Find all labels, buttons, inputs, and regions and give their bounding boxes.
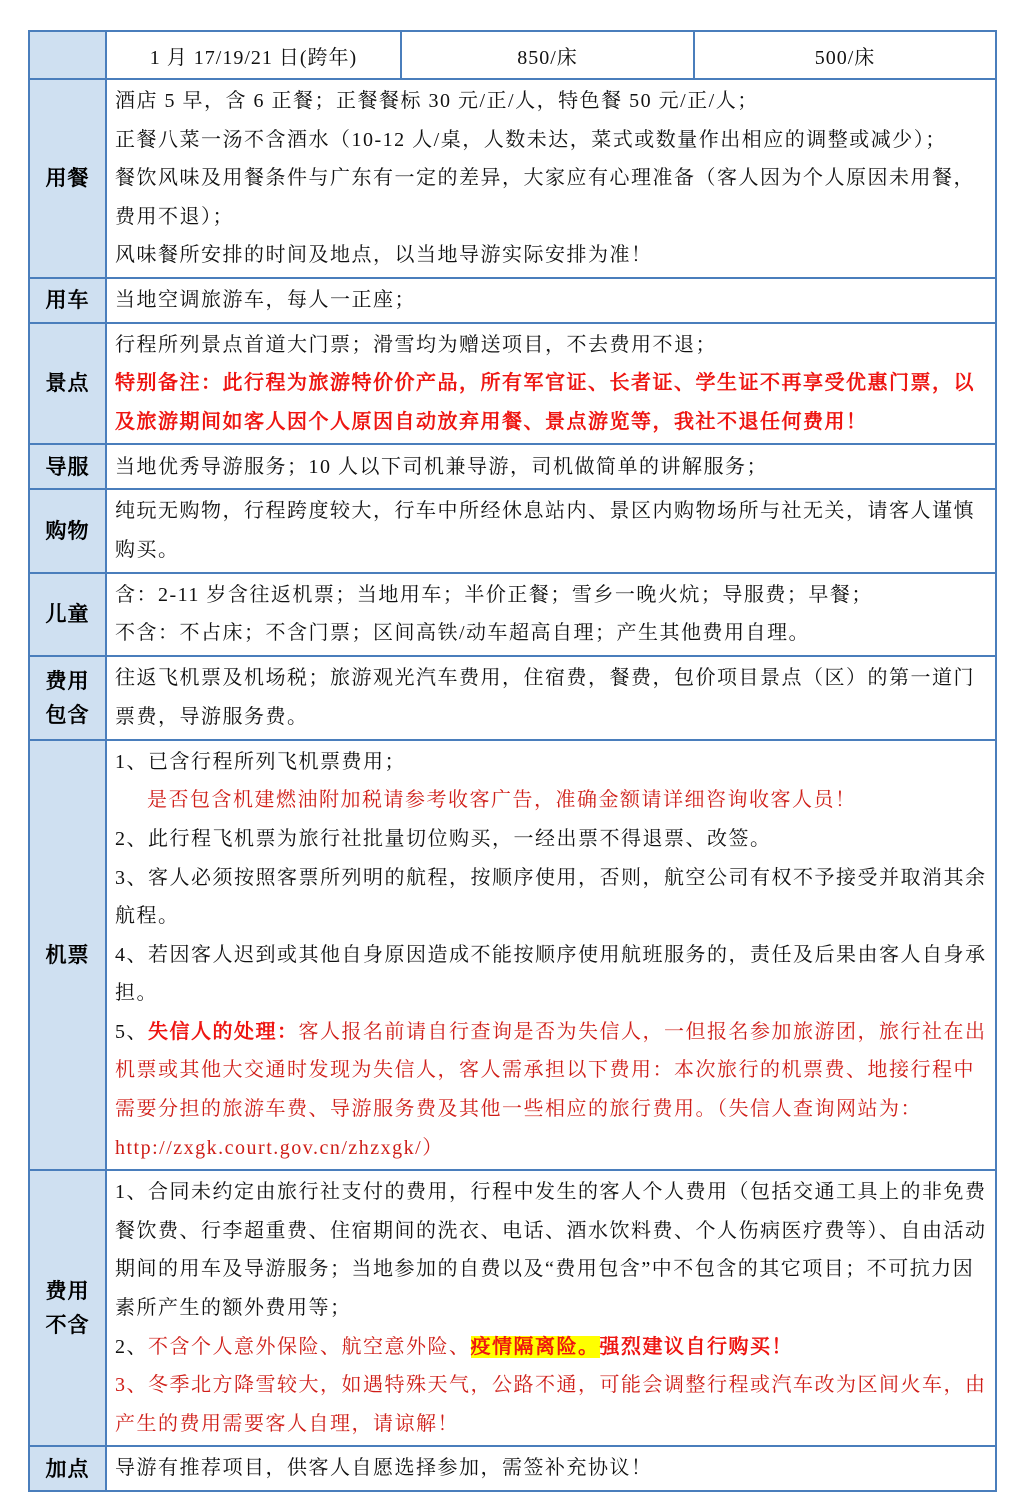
row-content: 行程所列景点首道大门票；滑雪均为赠送项目，不去费用不退；特别备注：此行程为旅游特… (106, 323, 996, 445)
row-paragraph: 当地空调旅游车，每人一正座； (115, 281, 987, 320)
row-label: 用餐 (29, 79, 106, 278)
row-paragraph: 不含：不占床；不含门票；区间高铁/动车超高自理；产生其他费用自理。 (115, 614, 987, 653)
row-content: 当地优秀导游服务；10 人以下司机兼导游，司机做简单的讲解服务； (106, 444, 996, 489)
row-label: 景点 (29, 323, 106, 445)
text-segment: 导游有推荐项目，供客人自愿选择参加，需签补充协议！ (115, 1457, 653, 1479)
text-segment: 是否包含机建燃油附加税请参考收客广告，准确金额请详细咨询收客人员！ (147, 789, 857, 811)
row-label: 机票 (29, 740, 106, 1171)
row-paragraph: 2、此行程飞机票为旅行社批量切位购买，一经出票不得退票、改签。 (115, 820, 987, 859)
text-segment: 3、客人必须按照客票所列明的航程，按顺序使用，否则，航空公司有权不予接受并取消其… (115, 867, 987, 928)
text-segment: 1、已含行程所列飞机票费用； (115, 751, 406, 773)
table-row: 导服当地优秀导游服务；10 人以下司机兼导游，司机做简单的讲解服务； (29, 444, 996, 489)
table-row: 儿童含：2-11 岁含往返机票；当地用车；半价正餐；雪乡一晚火炕；导服费；早餐；… (29, 573, 996, 656)
row-content: 往返飞机票及机场税；旅游观光汽车费用，住宿费，餐费，包价项目景点（区）的第一道门… (106, 656, 996, 740)
table-row: 购物纯玩无购物，行程跨度较大，行车中所经休息站内、景区内购物场所与社无关，请客人… (29, 489, 996, 572)
row-paragraph: 风味餐所安排的时间及地点，以当地导游实际安排为准！ (115, 236, 987, 275)
row-paragraph: 纯玩无购物，行程跨度较大，行车中所经休息站内、景区内购物场所与社无关，请客人谨慎… (115, 492, 987, 569)
table-body: 1 月 17/19/21 日(跨年) 850/床 500/床 用餐酒店 5 早，… (29, 31, 996, 1483)
table-row: 机票1、已含行程所列飞机票费用；是否包含机建燃油附加税请参考收客广告，准确金额请… (29, 740, 996, 1171)
row-content: 酒店 5 早，含 6 正餐；正餐餐标 30 元/正/人，特色餐 50 元/正/人… (106, 79, 996, 278)
header-price-a-cell: 850/床 (401, 31, 694, 79)
row-paragraph: 酒店 5 早，含 6 正餐；正餐餐标 30 元/正/人，特色餐 50 元/正/人… (115, 82, 987, 121)
row-paragraph: 3、客人必须按照客票所列明的航程，按顺序使用，否则，航空公司有权不予接受并取消其… (115, 859, 987, 936)
row-content: 当地空调旅游车，每人一正座； (106, 278, 996, 323)
text-segment: 特别备注：此行程为旅游特价价产品，所有军官证、长者证、学生证不再享受优惠门票，以… (115, 372, 975, 433)
row-label: 儿童 (29, 573, 106, 656)
table-row: 用餐酒店 5 早，含 6 正餐；正餐餐标 30 元/正/人，特色餐 50 元/正… (29, 79, 996, 278)
text-segment: 酒店 5 早，含 6 正餐；正餐餐标 30 元/正/人，特色餐 50 元/正/人… (115, 90, 759, 112)
row-paragraph: 行程所列景点首道大门票；滑雪均为赠送项目，不去费用不退； (115, 326, 987, 365)
itinerary-info-table: 1 月 17/19/21 日(跨年) 850/床 500/床 用餐酒店 5 早，… (28, 30, 997, 1483)
row-paragraph: 是否包含机建燃油附加税请参考收客广告，准确金额请详细咨询收客人员！ (115, 781, 987, 820)
text-segment: 失信人的处理： (148, 1021, 299, 1043)
row-content: 含：2-11 岁含往返机票；当地用车；半价正餐；雪乡一晚火炕；导服费；早餐；不含… (106, 573, 996, 656)
table-row: 用车当地空调旅游车，每人一正座； (29, 278, 996, 323)
text-segment: 不含个人意外保险、航空意外险、 (148, 1336, 471, 1358)
table-row: 费用不含1、合同未约定由旅行社支付的费用，行程中发生的客人个人费用（包括交通工具… (29, 1170, 996, 1446)
text-segment: 不含：不占床；不含门票；区间高铁/动车超高自理；产生其他费用自理。 (115, 622, 810, 644)
row-paragraph: 5、失信人的处理：客人报名前请自行查询是否为失信人，一但报名参加旅游团，旅行社在… (115, 1013, 987, 1167)
text-segment: 1、合同未约定由旅行社支付的费用，行程中发生的客人个人费用（包括交通工具上的非免… (115, 1181, 987, 1319)
text-segment: 3、冬季北方降雪较大，如遇特殊天气，公路不通，可能会调整行程或汽车改为区间火车，… (115, 1374, 987, 1435)
text-segment: 往返飞机票及机场税；旅游观光汽车费用，住宿费，餐费，包价项目景点（区）的第一道门… (115, 667, 975, 728)
row-paragraph: 特别备注：此行程为旅游特价价产品，所有军官证、长者证、学生证不再享受优惠门票，以… (115, 364, 987, 441)
text-segment: 2、此行程飞机票为旅行社批量切位购买，一经出票不得退票、改签。 (115, 828, 772, 850)
text-segment: 强烈建议自行购买！ (600, 1336, 794, 1358)
text-segment: 行程所列景点首道大门票；滑雪均为赠送项目，不去费用不退； (115, 334, 717, 356)
header-price-b-cell: 500/床 (694, 31, 996, 79)
row-content: 1、合同未约定由旅行社支付的费用，行程中发生的客人个人费用（包括交通工具上的非免… (106, 1170, 996, 1446)
table-row: 费用包含往返飞机票及机场税；旅游观光汽车费用，住宿费，餐费，包价项目景点（区）的… (29, 656, 996, 740)
text-segment: 4、若因客人迟到或其他自身原因造成不能按顺序使用航班服务的，责任及后果由客人自身… (115, 944, 987, 1005)
header-date-cell: 1 月 17/19/21 日(跨年) (106, 31, 401, 79)
text-segment: 风味餐所安排的时间及地点，以当地导游实际安排为准！ (115, 244, 653, 266)
text-segment: 正餐八菜一汤不含酒水（10-12 人/桌，人数未达，菜式或数量作出相应的调整或减… (115, 129, 947, 151)
text-segment: 5、 (115, 1021, 148, 1043)
text-segment: 含：2-11 岁含往返机票；当地用车；半价正餐；雪乡一晚火炕；导服费；早餐； (115, 584, 873, 606)
text-segment: 当地优秀导游服务；10 人以下司机兼导游，司机做简单的讲解服务； (115, 456, 768, 478)
row-label: 用车 (29, 278, 106, 323)
row-label: 购物 (29, 489, 106, 572)
table-row: 景点行程所列景点首道大门票；滑雪均为赠送项目，不去费用不退；特别备注：此行程为旅… (29, 323, 996, 445)
row-label: 费用不含 (29, 1170, 106, 1446)
row-label: 加点 (29, 1446, 106, 1483)
row-paragraph: 1、已含行程所列飞机票费用； (115, 743, 987, 782)
text-segment: 纯玩无购物，行程跨度较大，行车中所经休息站内、景区内购物场所与社无关，请客人谨慎… (115, 500, 975, 561)
text-segment: 疫情隔离险。 (471, 1336, 600, 1358)
page: { "colors":{ "table_border":"#4a7ebc", "… (0, 0, 1022, 1483)
row-label: 导服 (29, 444, 106, 489)
text-segment: 2、 (115, 1336, 148, 1358)
row-paragraph: 餐饮风味及用餐条件与广东有一定的差异，大家应有心理准备（客人因为个人原因未用餐，… (115, 159, 987, 236)
row-paragraph: 3、冬季北方降雪较大，如遇特殊天气，公路不通，可能会调整行程或汽车改为区间火车，… (115, 1366, 987, 1443)
travel-itinerary-document: 1 月 17/19/21 日(跨年) 850/床 500/床 用餐酒店 5 早，… (28, 30, 995, 1483)
text-segment: 当地空调旅游车，每人一正座； (115, 289, 416, 311)
row-paragraph: 导游有推荐项目，供客人自愿选择参加，需签补充协议！ (115, 1449, 987, 1483)
row-content: 导游有推荐项目，供客人自愿选择参加，需签补充协议！ (106, 1446, 996, 1483)
header-row: 1 月 17/19/21 日(跨年) 850/床 500/床 (29, 31, 996, 79)
row-label: 费用包含 (29, 656, 106, 740)
row-paragraph: 2、不含个人意外保险、航空意外险、疫情隔离险。强烈建议自行购买！ (115, 1328, 987, 1367)
row-paragraph: 往返飞机票及机场税；旅游观光汽车费用，住宿费，餐费，包价项目景点（区）的第一道门… (115, 659, 987, 736)
row-paragraph: 含：2-11 岁含往返机票；当地用车；半价正餐；雪乡一晚火炕；导服费；早餐； (115, 576, 987, 615)
row-content: 纯玩无购物，行程跨度较大，行车中所经休息站内、景区内购物场所与社无关，请客人谨慎… (106, 489, 996, 572)
row-paragraph: 1、合同未约定由旅行社支付的费用，行程中发生的客人个人费用（包括交通工具上的非免… (115, 1173, 987, 1327)
table-row: 加点导游有推荐项目，供客人自愿选择参加，需签补充协议！ (29, 1446, 996, 1483)
row-content: 1、已含行程所列飞机票费用；是否包含机建燃油附加税请参考收客广告，准确金额请详细… (106, 740, 996, 1171)
header-empty-cell (29, 31, 106, 79)
row-paragraph: 4、若因客人迟到或其他自身原因造成不能按顺序使用航班服务的，责任及后果由客人自身… (115, 936, 987, 1013)
row-paragraph: 正餐八菜一汤不含酒水（10-12 人/桌，人数未达，菜式或数量作出相应的调整或减… (115, 121, 987, 160)
text-segment: 餐饮风味及用餐条件与广东有一定的差异，大家应有心理准备（客人因为个人原因未用餐，… (115, 167, 975, 228)
row-paragraph: 当地优秀导游服务；10 人以下司机兼导游，司机做简单的讲解服务； (115, 448, 987, 487)
